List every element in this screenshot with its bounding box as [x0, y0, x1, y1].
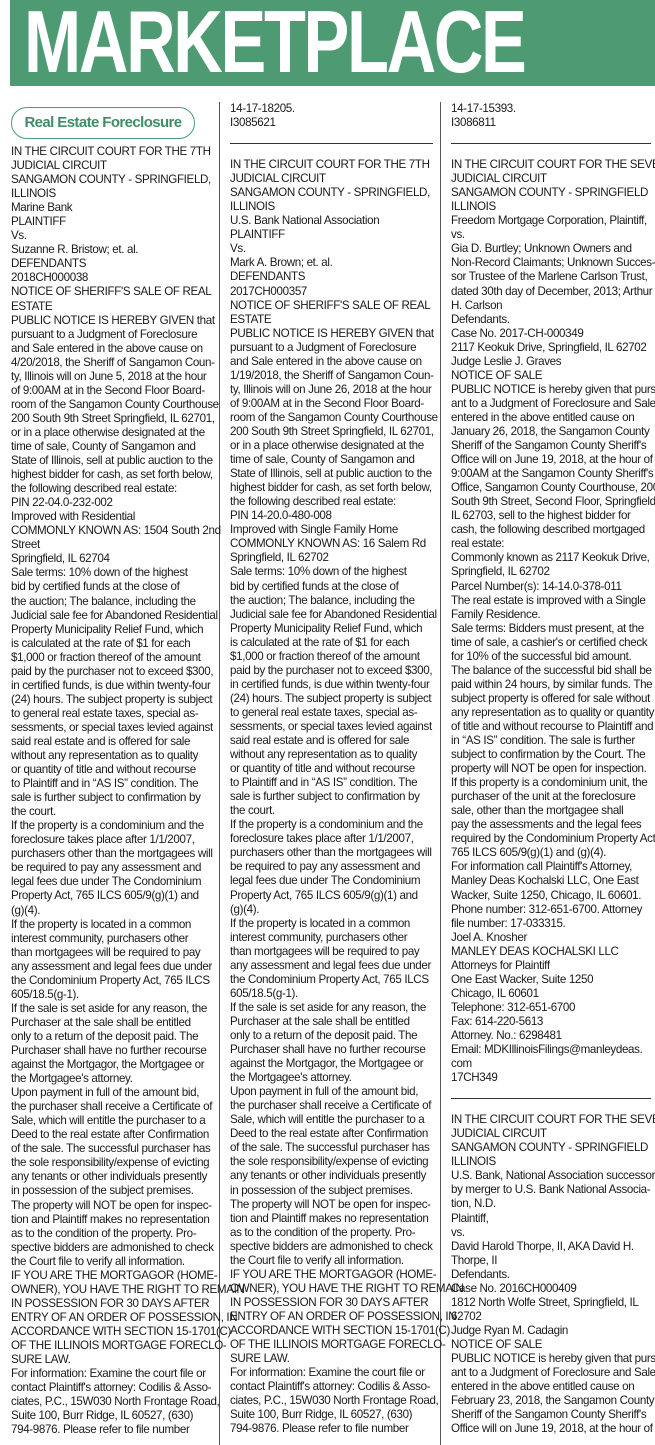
notice-line: H. Carlson — [451, 299, 653, 313]
notice-line: without any representation as to quality — [11, 749, 216, 763]
notice-separator — [451, 143, 651, 144]
legal-notice-freedom-mortgage: IN THE CIRCUIT COURT FOR THE SEVENTHJUDI… — [451, 158, 653, 1085]
section-badge-real-estate-foreclosure: Real Estate Foreclosure — [11, 107, 195, 139]
notice-line: the Mortgagee's attorney. — [11, 1072, 216, 1086]
notice-line: For information call Plaintiff's Attorne… — [451, 860, 653, 874]
notice-line: PUBLIC NOTICE IS HEREBY GIVEN that — [230, 327, 435, 341]
notice-line: Sale terms: 10% down of the highest — [230, 565, 435, 579]
notice-line: sessments, or special taxes levied again… — [11, 721, 216, 735]
notice-line: the following described real estate: — [230, 495, 435, 509]
notice-line: For information: Examine the court file … — [11, 1367, 216, 1381]
notice-line: ILLINOIS — [11, 187, 216, 201]
notice-line: vs. — [451, 228, 653, 242]
notice-line: Fax: 614-220-5613 — [451, 1015, 653, 1029]
notice-line: the following described real estate: — [11, 482, 216, 496]
notice-line: the auction; The balance, including the — [230, 594, 435, 608]
notice-separator — [230, 143, 433, 144]
notice-line: The property will NOT be open for inspec… — [230, 1198, 435, 1212]
notice-line: ACCORDANCE WITH SECTION 15-1701(C) — [11, 1325, 216, 1339]
notice-line: IN THE CIRCUIT COURT FOR THE 7TH — [11, 145, 216, 159]
notice-line: OF THE ILLINOIS MORTGAGE FORECLO- — [230, 1338, 435, 1352]
notice-line: time of sale, County of Sangamon and — [230, 453, 435, 467]
notice-line: Sale terms: Bidders must present, at the — [451, 622, 653, 636]
notice-line: as to the condition of the property. Pro… — [230, 1226, 435, 1240]
notice-line: the auction; The balance, including the — [11, 595, 216, 609]
notice-line: subject property is offered for sale wit… — [451, 692, 653, 706]
notice-line: IN THE CIRCUIT COURT FOR THE 7TH — [230, 158, 435, 172]
notice-line: any assessment and legal fees due under — [230, 959, 435, 973]
notice-line: be required to pay any assessment and — [230, 860, 435, 874]
notice-line: Thorpe, II — [451, 1254, 653, 1268]
notice-line: JUDICIAL CIRCUIT — [11, 159, 216, 173]
notice-line: in certified funds, is due within twenty… — [11, 679, 216, 693]
notice-line: com — [451, 1057, 653, 1071]
notice-line: If this property is a condominium unit, … — [451, 776, 653, 790]
notice-line: David Harold Thorpe, II, AKA David H. — [451, 1240, 653, 1254]
notice-line: purchaser of the unit at the foreclosure — [451, 790, 653, 804]
notice-line: 14-17-15393. — [451, 102, 653, 116]
notice-line: cash, the following described mortgaged — [451, 523, 653, 537]
notice-line: (g)(4). — [11, 904, 216, 918]
notice-line: Marine Bank — [11, 201, 216, 215]
notice-line: DEFENDANTS — [230, 270, 435, 284]
notice-line: IF YOU ARE THE MORTGAGOR (HOME- — [230, 1268, 435, 1282]
notice-line: ant to a Judgment of Foreclosure and Sal… — [451, 397, 653, 411]
notice-line: Property Municipality Relief Fund, which — [11, 623, 216, 637]
notice-line: Property Act, 765 ILCS 605/9(g)(1) and — [230, 889, 435, 903]
notice-line: Wacker, Suite 1250, Chicago, IL 60601. — [451, 889, 653, 903]
notice-continuation: 14-17-15393.I3086811 — [451, 102, 653, 130]
notice-line: Suite 100, Burr Ridge, IL 60527, (630) — [230, 1408, 435, 1422]
notice-line: Sale, which will entitle the purchaser t… — [11, 1114, 216, 1128]
notice-line: Suzanne R. Bristow; et. al. — [11, 243, 216, 257]
notice-line: be required to pay any assessment and — [11, 861, 216, 875]
notice-line: If the sale is set aside for any reason,… — [230, 1001, 435, 1015]
notice-line: NOTICE OF SHERIFF'S SALE OF REAL — [11, 285, 216, 299]
notice-line: subject to confirmation by the Court. Th… — [451, 748, 653, 762]
notice-line: spective bidders are admonished to check — [230, 1240, 435, 1254]
notice-line: ciates, P.C., 15W030 North Frontage Road… — [230, 1394, 435, 1408]
masthead: MARKETPLACE — [10, 0, 655, 86]
notice-line: to Plaintiff and in “AS IS” condition. T… — [11, 777, 216, 791]
notice-line: Improved with Single Family Home — [230, 523, 435, 537]
notice-line: Vs. — [11, 229, 216, 243]
notice-line: Street — [11, 538, 216, 552]
notice-line: ILLINOIS — [230, 200, 435, 214]
notice-line: (g)(4). — [230, 903, 435, 917]
notice-line: bid by certified funds at the close of — [230, 580, 435, 594]
notice-line: PUBLIC NOTICE IS HEREBY GIVEN that — [11, 314, 216, 328]
notice-line: than mortgagees will be required to pay — [11, 946, 216, 960]
notice-line: IL 62703, sell to the highest bidder for — [451, 509, 653, 523]
notice-line: vs. — [451, 1226, 653, 1240]
notice-line: MANLEY DEAS KOCHALSKI LLC — [451, 945, 653, 959]
notice-line: to Plaintiff and in “AS IS” condition. T… — [230, 776, 435, 790]
notice-line: IN THE CIRCUIT COURT FOR THE SEVENTH — [451, 1113, 653, 1127]
notice-line: against the Mortgagor, the Mortgagee or — [230, 1057, 435, 1071]
notice-line: Improved with Residential — [11, 510, 216, 524]
notice-separator — [451, 1098, 651, 1099]
notice-line: (24) hours. The subject property is subj… — [230, 692, 435, 706]
notice-line: COMMONLY KNOWN AS: 16 Salem Rd — [230, 537, 435, 551]
notice-line: SURE LAW. — [11, 1353, 216, 1367]
notice-line: ant to a Judgment of Foreclosure and Sal… — [451, 1366, 653, 1380]
notice-line: in certified funds, is due within twenty… — [230, 678, 435, 692]
notice-line: to general real estate taxes, special as… — [11, 707, 216, 721]
notice-line: tion and Plaintiff makes no representati… — [11, 1213, 216, 1227]
notice-line: highest bidder for cash, as set forth be… — [11, 468, 216, 482]
notice-line: in possession of the subject premises. — [11, 1184, 216, 1198]
column-divider — [219, 102, 220, 1445]
notice-line: Attorneys for Plaintiff — [451, 959, 653, 973]
notice-line: room of the Sangamon County Courthouse — [11, 398, 216, 412]
notice-line: February 23, 2018, the Sangamon County — [451, 1394, 653, 1408]
notice-line: for 10% of the successful bid amount. — [451, 650, 653, 664]
notice-line: 794-9876. Please refer to file number — [230, 1422, 435, 1436]
notice-line: Judicial sale fee for Abandoned Resident… — [230, 608, 435, 622]
notice-line: The balance of the successful bid shall … — [451, 664, 653, 678]
notice-line: the sole responsibility/expense of evict… — [230, 1155, 435, 1169]
notice-line: or quantity of title and without recours… — [11, 763, 216, 777]
notice-line: ESTATE — [230, 313, 435, 327]
notice-line: and Sale entered in the above cause on — [230, 355, 435, 369]
notice-line: only to a return of the deposit paid. Th… — [230, 1029, 435, 1043]
notice-line: any tenants or other individuals present… — [230, 1169, 435, 1183]
notice-line: dated 30th day of December, 2013; Arthur — [451, 285, 653, 299]
notice-line: ENTRY OF AN ORDER OF POSSESSION, IN — [11, 1311, 216, 1325]
notice-line: Gia D. Burtley; Unknown Owners and — [451, 242, 653, 256]
notice-line: entered in the above entitled cause on — [451, 411, 653, 425]
notice-line: tion and Plaintiff makes no representati… — [230, 1212, 435, 1226]
notice-line: contact Plaintiff's attorney: Codilis & … — [11, 1381, 216, 1395]
notice-line: pursuant to a Judgment of Foreclosure — [11, 328, 216, 342]
notice-line: Property Municipality Relief Fund, which — [230, 622, 435, 636]
notice-line: OWNER), YOU HAVE THE RIGHT TO REMAIN — [230, 1282, 435, 1296]
notice-line: the Court file to verify all information… — [11, 1255, 216, 1269]
notice-line: 200 South 9th Street Springfield, IL 627… — [230, 425, 435, 439]
notice-line: of title and without recourse to Plainti… — [451, 720, 653, 734]
notice-line: Case No. 2017-CH-000349 — [451, 327, 653, 341]
notice-line: room of the Sangamon County Courthouse — [230, 411, 435, 425]
notice-line: PIN 22-04.0-232-002 — [11, 496, 216, 510]
notice-line: ESTATE — [11, 300, 216, 314]
notice-line: paid within 24 hours, by similar funds. … — [451, 678, 653, 692]
notice-line: 2017CH000357 — [230, 285, 435, 299]
notice-line: 605/18.5(g-1). — [11, 988, 216, 1002]
notice-line: foreclosure takes place after 1/1/2007, — [11, 833, 216, 847]
notice-line: or in a place otherwise designated at th… — [230, 439, 435, 453]
notice-line: legal fees due under The Condominium — [230, 874, 435, 888]
notice-line: Property Act, 765 ILCS 605/9(g)(1) and — [11, 889, 216, 903]
notice-line: 14-17-18205. — [230, 102, 435, 116]
notice-line: Sheriff of the Sangamon County Sheriff's — [451, 1408, 653, 1422]
notice-line: foreclosure takes place after 1/1/2007, — [230, 832, 435, 846]
notice-line: Email: MDKIllinoisFilings@manleydeas. — [451, 1043, 653, 1057]
notice-line: JUDICIAL CIRCUIT — [451, 1127, 653, 1141]
notice-line: 4/20/2018, the Sheriff of Sangamon Coun- — [11, 356, 216, 370]
notice-line: 794-9876. Please refer to file number — [11, 1423, 216, 1437]
notice-line: 17CH349 — [451, 1071, 653, 1085]
notice-line: time of sale, County of Sangamon and — [11, 440, 216, 454]
notice-line: 765 ILCS 605/9(g)(1) and (g)(4). — [451, 846, 653, 860]
notice-line: of the sale. The successful purchaser ha… — [230, 1141, 435, 1155]
notice-line: ty, Illinois will on June 5, 2018 at the… — [11, 370, 216, 384]
notice-line: entered in the above entitled cause on — [451, 1380, 653, 1394]
notice-line: said real estate and is offered for sale — [11, 735, 216, 749]
notice-line: paid by the purchaser not to exceed $300… — [230, 664, 435, 678]
notice-line: Purchaser shall have no further recourse — [11, 1044, 216, 1058]
notice-line: (24) hours. The subject property is subj… — [11, 693, 216, 707]
notice-line: U.S. Bank, National Association successo… — [451, 1169, 653, 1183]
notice-line: the Condominium Property Act, 765 ILCS — [11, 974, 216, 988]
notice-line: If the property is a condominium and the — [230, 818, 435, 832]
notice-line: Parcel Number(s): 14-14.0-378-011 — [451, 580, 653, 594]
notice-line: Judge Ryan M. Cadagin — [451, 1324, 653, 1338]
notice-line: sor Trustee of the Marlene Carlson Trust… — [451, 270, 653, 284]
notice-line: 62702 — [451, 1310, 653, 1324]
notice-line: Deed to the real estate after Confirmati… — [230, 1127, 435, 1141]
notice-line: ciates, P.C., 15W030 North Frontage Road… — [11, 1395, 216, 1409]
notice-line: JUDICIAL CIRCUIT — [230, 172, 435, 186]
notice-line: the court. — [230, 804, 435, 818]
notice-line: any representation as to quality or quan… — [451, 706, 653, 720]
notice-line: 605/18.5(g-1). — [230, 987, 435, 1001]
notice-line: in possession of the subject premises. — [230, 1184, 435, 1198]
notice-line: If the sale is set aside for any reason,… — [11, 1002, 216, 1016]
notice-line: Springfield, IL 62704 — [11, 552, 216, 566]
notice-line: Upon payment in full of the amount bid, — [11, 1086, 216, 1100]
notice-line: 2117 Keokuk Drive, Springfield, IL 62702 — [451, 341, 653, 355]
notice-line: the purchaser shall receive a Certificat… — [230, 1099, 435, 1113]
column-divider — [440, 102, 441, 1445]
notice-line: ENTRY OF AN ORDER OF POSSESSION, IN — [230, 1310, 435, 1324]
notice-line: ILLINOIS — [451, 200, 653, 214]
notice-line: purchasers other than the mortgagees wil… — [11, 847, 216, 861]
notice-line: $1,000 or fraction thereof of the amount — [11, 651, 216, 665]
notice-line: SANGAMON COUNTY - SPRINGFIELD, — [11, 173, 216, 187]
notice-line: If the property is a condominium and the — [11, 819, 216, 833]
notice-line: any tenants or other individuals present… — [11, 1170, 216, 1184]
notice-line: pay the assessments and the legal fees — [451, 818, 653, 832]
notice-line: 2018CH000038 — [11, 271, 216, 285]
notice-line: 1/19/2018, the Sheriff of Sangamon Coun- — [230, 369, 435, 383]
notice-line: I3085621 — [230, 116, 435, 130]
notice-line: tion, N.D. — [451, 1197, 653, 1211]
notice-line: Springfield, IL 62702 — [230, 551, 435, 565]
notice-line: Sale terms: 10% down of the highest — [11, 566, 216, 580]
notice-line: 200 South 9th Street Springfield, IL 627… — [11, 412, 216, 426]
notice-line: legal fees due under The Condominium — [11, 875, 216, 889]
notice-line: any assessment and legal fees due under — [11, 960, 216, 974]
notice-line: Purchaser at the sale shall be entitled — [230, 1015, 435, 1029]
notice-line: $1,000 or fraction thereof of the amount — [230, 650, 435, 664]
notice-line: Manley Deas Kochalski LLC, One East — [451, 874, 653, 888]
notice-line: interest community, purchasers other — [11, 932, 216, 946]
notice-line: IN POSSESSION FOR 30 DAYS AFTER — [230, 1296, 435, 1310]
notice-line: Freedom Mortgage Corporation, Plaintiff, — [451, 214, 653, 228]
notice-line: ty, Illinois will on June 26, 2018 at th… — [230, 383, 435, 397]
notice-line: Non-Record Claimants; Unknown Succes- — [451, 256, 653, 270]
notice-line: the Mortgagee's attorney. — [230, 1071, 435, 1085]
notice-line: Deed to the real estate after Confirmati… — [11, 1128, 216, 1142]
notice-line: purchasers other than the mortgagees wil… — [230, 846, 435, 860]
notice-line: contact Plaintiff's attorney: Codilis & … — [230, 1380, 435, 1394]
notice-line: Office, Sangamon County Courthouse, 200 — [451, 481, 653, 495]
notice-line: SANGAMON COUNTY - SPRINGFIELD, — [230, 186, 435, 200]
notice-line: Chicago, IL 60601 — [451, 987, 653, 1001]
notice-line: bid by certified funds at the close of — [11, 580, 216, 594]
notice-line: of 9:00AM at in the Second Floor Board- — [11, 384, 216, 398]
notice-line: Commonly known as 2117 Keokuk Drive, — [451, 551, 653, 565]
notice-line: OF THE ILLINOIS MORTGAGE FORECLO- — [11, 1339, 216, 1353]
notice-line: ACCORDANCE WITH SECTION 15-1701(C) — [230, 1324, 435, 1338]
notice-continuation: 14-17-18205.I3085621 — [230, 102, 435, 130]
notice-line: Purchaser shall have no further recourse — [230, 1043, 435, 1057]
notice-line: Joel A. Knosher — [451, 931, 653, 945]
notice-line: PUBLIC NOTICE is hereby given that pursu… — [451, 383, 653, 397]
notice-line: Family Residence. — [451, 608, 653, 622]
notice-line: sale is further subject to confirmation … — [11, 791, 216, 805]
notice-line: file number: 17-033315. — [451, 917, 653, 931]
notice-line: SANGAMON COUNTY - SPRINGFIELD — [451, 186, 653, 200]
notice-line: sessments, or special taxes levied again… — [230, 720, 435, 734]
notice-line: 1812 North Wolfe Street, Springfield, IL — [451, 1296, 653, 1310]
notice-line: Defendants. — [451, 1268, 653, 1282]
notice-line: said real estate and is offered for sale — [230, 734, 435, 748]
notice-line: interest community, purchasers other — [230, 931, 435, 945]
notice-line: SANGAMON COUNTY - SPRINGFIELD — [451, 1141, 653, 1155]
notice-line: in “AS IS” condition. The sale is furthe… — [451, 734, 653, 748]
notice-line: PIN 14-20.0-480-008 — [230, 509, 435, 523]
notice-line: NOTICE OF SHERIFF'S SALE OF REAL — [230, 299, 435, 313]
notice-line: IF YOU ARE THE MORTGAGOR (HOME- — [11, 1269, 216, 1283]
notice-line: Phone number: 312-651-6700. Attorney — [451, 903, 653, 917]
column-2: 14-17-18205.I3085621 IN THE CIRCUIT COUR… — [230, 102, 435, 1436]
notice-line: Attorney. No.: 6298481 — [451, 1029, 653, 1043]
notice-line: JUDICIAL CIRCUIT — [451, 172, 653, 186]
notice-line: PUBLIC NOTICE is hereby given that pursu… — [451, 1352, 653, 1366]
notice-line: or in a place otherwise designated at th… — [11, 426, 216, 440]
notice-line: pursuant to a Judgment of Foreclosure — [230, 341, 435, 355]
notice-line: sale is further subject to confirmation … — [230, 790, 435, 804]
notice-line: IN THE CIRCUIT COURT FOR THE SEVENTH — [451, 158, 653, 172]
notice-line: The property will NOT be open for inspec… — [11, 1199, 216, 1213]
column-3: 14-17-15393.I3086811 IN THE CIRCUIT COUR… — [451, 102, 653, 1436]
notice-line: Plaintiff, — [451, 1212, 653, 1226]
notice-line: highest bidder for cash, as set forth be… — [230, 481, 435, 495]
notice-line: U.S. Bank National Association — [230, 214, 435, 228]
notice-line: If the property is located in a common — [230, 917, 435, 931]
notice-line: If the property is located in a common — [11, 918, 216, 932]
legal-notice-us-bank: IN THE CIRCUIT COURT FOR THE 7THJUDICIAL… — [230, 158, 435, 1436]
notice-line: by merger to U.S. Bank National Associa- — [451, 1183, 653, 1197]
notice-line: Judge Leslie J. Graves — [451, 355, 653, 369]
notice-line: The real estate is improved with a Singl… — [451, 594, 653, 608]
notice-line: is calculated at the rate of $1 for each — [230, 636, 435, 650]
notice-line: Sheriff of the Sangamon County Sheriff's — [451, 439, 653, 453]
notice-line: Springfield, IL 62702 — [451, 565, 653, 579]
notice-line: COMMONLY KNOWN AS: 1504 South 2nd — [11, 524, 216, 538]
notice-line: PLAINTIFF — [230, 228, 435, 242]
notice-line: spective bidders are admonished to check — [11, 1241, 216, 1255]
column-1: Real Estate Foreclosure IN THE CIRCUIT C… — [11, 102, 216, 1437]
notice-line: Telephone: 312-651-6700 — [451, 1001, 653, 1015]
notice-line: SURE LAW. — [230, 1352, 435, 1366]
notice-line: the sole responsibility/expense of evict… — [11, 1156, 216, 1170]
notice-line: DEFENDANTS — [11, 257, 216, 271]
legal-notice-marine-bank: IN THE CIRCUIT COURT FOR THE 7THJUDICIAL… — [11, 145, 216, 1437]
notice-line: Case No. 2016CH000409 — [451, 1282, 653, 1296]
notice-line: only to a return of the deposit paid. Th… — [11, 1030, 216, 1044]
notice-line: NOTICE OF SALE — [451, 369, 653, 383]
notice-line: NOTICE OF SALE — [451, 1338, 653, 1352]
notice-line: paid by the purchaser not to exceed $300… — [11, 665, 216, 679]
notice-line: to general real estate taxes, special as… — [230, 706, 435, 720]
notice-line: is calculated at the rate of $1 for each — [11, 637, 216, 651]
legal-notice-us-bank-thorpe: IN THE CIRCUIT COURT FOR THE SEVENTHJUDI… — [451, 1113, 653, 1436]
notice-line: For information: Examine the court file … — [230, 1366, 435, 1380]
notice-line: State of Illinois, sell at public auctio… — [230, 467, 435, 481]
notice-line: real estate: — [451, 537, 653, 551]
notice-line: South 9th Street, Second Floor, Springfi… — [451, 495, 653, 509]
notice-line: or quantity of title and without recours… — [230, 762, 435, 776]
notice-line: Mark A. Brown; et. al. — [230, 256, 435, 270]
notice-line: time of sale, a cashier's or certified c… — [451, 636, 653, 650]
notice-line: the Condominium Property Act, 765 ILCS — [230, 973, 435, 987]
notice-line: than mortgagees will be required to pay — [230, 945, 435, 959]
masthead-title: MARKETPLACE — [24, 0, 524, 88]
notice-line: the Court file to verify all information… — [230, 1254, 435, 1268]
notice-line: of the sale. The successful purchaser ha… — [11, 1142, 216, 1156]
notice-line: Sale, which will entitle the purchaser t… — [230, 1113, 435, 1127]
notice-line: as to the condition of the property. Pro… — [11, 1227, 216, 1241]
notice-line: Suite 100, Burr Ridge, IL 60527, (630) — [11, 1409, 216, 1423]
notice-line: Vs. — [230, 242, 435, 256]
notice-line: Purchaser at the sale shall be entitled — [11, 1016, 216, 1030]
notice-line: State of Illinois, sell at public auctio… — [11, 454, 216, 468]
notice-line: IN POSSESSION FOR 30 DAYS AFTER — [11, 1297, 216, 1311]
notice-line: ILLINOIS — [451, 1155, 653, 1169]
notice-line: OWNER), YOU HAVE THE RIGHT TO REMAIN — [11, 1283, 216, 1297]
notice-line: Judicial sale fee for Abandoned Resident… — [11, 609, 216, 623]
notice-line: PLAINTIFF — [11, 215, 216, 229]
notice-line: and Sale entered in the above cause on — [11, 342, 216, 356]
notice-line: the court. — [11, 805, 216, 819]
notice-line: required by the Condominium Property Act… — [451, 832, 653, 846]
notice-line: Upon payment in full of the amount bid, — [230, 1085, 435, 1099]
notice-line: One East Wacker, Suite 1250 — [451, 973, 653, 987]
notice-line: against the Mortgagor, the Mortgagee or — [11, 1058, 216, 1072]
notice-line: Office will on June 19, 2018, at the hou… — [451, 1422, 653, 1436]
notice-line: January 26, 2018, the Sangamon County — [451, 425, 653, 439]
notice-line: Office will on June 19, 2018, at the hou… — [451, 453, 653, 467]
notice-line: without any representation as to quality — [230, 748, 435, 762]
notice-line: Defendants. — [451, 313, 653, 327]
notice-line: property will NOT be open for inspection… — [451, 762, 653, 776]
notice-line: I3086811 — [451, 116, 653, 130]
notice-line: the purchaser shall receive a Certificat… — [11, 1100, 216, 1114]
notice-line: 9:00AM at the Sangamon County Sheriff's — [451, 467, 653, 481]
notice-line: sale, other than the mortgagee shall — [451, 804, 653, 818]
notice-line: of 9:00AM at in the Second Floor Board- — [230, 397, 435, 411]
